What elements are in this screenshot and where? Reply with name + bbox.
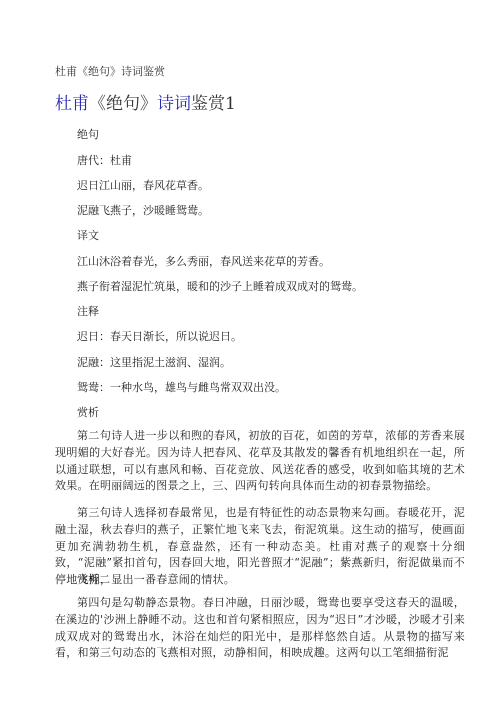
title-link-dufu[interactable]: 杜甫: [55, 94, 89, 114]
poem-line: 泥融飞燕子，沙暖睡鸳鸯。: [77, 202, 209, 218]
translation-heading: 译文: [77, 227, 99, 243]
title-link-shici[interactable]: 诗词: [157, 94, 191, 114]
note-line: 泥融：这里指泥土滋润、湿润。: [77, 354, 231, 370]
notes-heading: 注释: [77, 303, 99, 319]
appreciation-paragraph: 第二句诗人进一步以和煦的春风，初放的百花，如茵的芳草，浓郁的芳香来展现明媚的大好…: [55, 428, 465, 495]
note-line: 迟日：春天日渐长，所以说迟日。: [77, 328, 242, 344]
appreciation-paragraph: 第三句诗人选择初春最常见，也是有特征性的动态景物来勾画。春暖花开，泥融土湿，秋去…: [55, 505, 465, 589]
title-text-appreciation: 鉴赏1: [191, 94, 236, 114]
poem-heading: 绝句: [77, 126, 99, 142]
appreciation2-paragraph: 第四句是勾勒静态景物。春日冲融，日丽沙暖，鸳鸯也要享受这春天的温暖，在溪边的'沙…: [55, 595, 465, 662]
note-line: 鸳鸯：一种水鸟，雄鸟与雌鸟常双双出没。: [77, 379, 286, 395]
poem-author: 唐代：杜甫: [77, 152, 132, 168]
document-page: 杜甫《绝句》诗词鉴赏 杜甫《绝句》诗词鉴赏1 绝句 唐代：杜甫 迟日江山丽，春风…: [0, 0, 500, 707]
translation-line: 江山沐浴着春光，多么秀丽，春风送来花草的芳香。: [77, 253, 330, 269]
appreciation2-heading: 赏析二: [77, 571, 110, 587]
poem-line: 迟日江山丽，春风花草香。: [77, 177, 209, 193]
page-title: 杜甫《绝句》诗词鉴赏1: [55, 89, 236, 114]
translation-line: 燕子衔着湿泥忙筑巢，暖和的沙子上睡着成双成对的鸳鸯。: [77, 278, 363, 294]
appreciation-heading: 赏析: [77, 404, 99, 420]
title-text-poem: 《绝句》: [89, 94, 157, 114]
page-header: 杜甫《绝句》诗词鉴赏: [55, 63, 165, 79]
